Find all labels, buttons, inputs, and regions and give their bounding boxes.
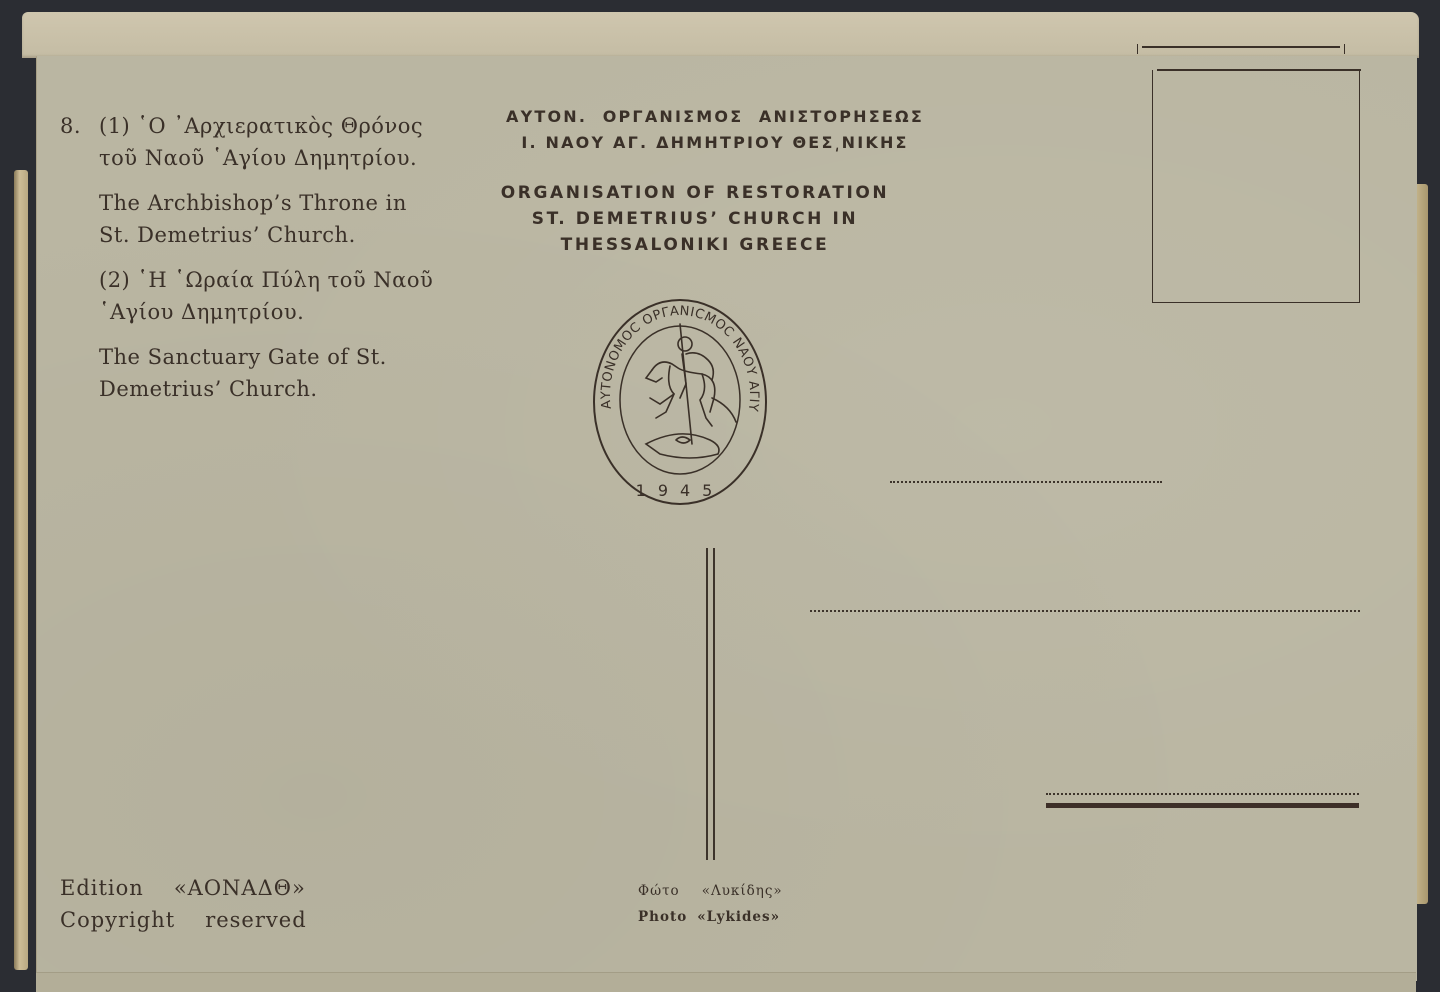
photo-credit: Φώτο«Λυκίδης» Photo«Lykides» — [638, 878, 783, 930]
st-demetrius-seal-icon: ΑΥΤΟΝΟΜΟC ΟΡΓΑΝΙCΜΟC ΝΑΟΥ ΑΓΙΥ ΔΗΜΗΤΡΙΟΥ… — [590, 294, 770, 506]
item1-greek: (1) ῾Ο ᾿Αρχιερατικὸς Θρόνος τοῦ Ναοῦ ῾Αγ… — [99, 110, 470, 174]
caption: 8. (1) ῾Ο ᾿Αρχιερατικὸς Θρόνος τοῦ Ναοῦ … — [60, 110, 470, 418]
bottom-fold — [36, 972, 1416, 992]
svg-text:1945: 1945 — [636, 481, 725, 500]
booklet-left-edge — [14, 170, 28, 970]
item2-greek: (2) ῾Η ῾Ωραία Πύλη τοῦ Ναοῦ ῾Αγίου Δημητ… — [99, 264, 470, 328]
item2-english: The Sanctuary Gate of St. Demetrius’ Chu… — [99, 341, 470, 405]
caption-number: 8. — [60, 110, 81, 142]
address-line-2 — [810, 610, 1360, 612]
organisation-english: ORGANISATION OF RESTORATION ST. DEMETRIU… — [470, 180, 920, 258]
address-underline — [1046, 803, 1359, 808]
center-divider — [706, 548, 715, 860]
flap-stamp-line — [1137, 44, 1345, 54]
svg-text:ΑΥΤΟΝΟΜΟC ΟΡΓΑΝΙCΜΟC ΝΑΟΥ ΑΓΙΥ: ΑΥΤΟΝΟΜΟC ΟΡΓΑΝΙCΜΟC ΝΑΟΥ ΑΓΙΥ ΔΗΜΗΤΡΙΟΥ… — [590, 294, 761, 418]
address-line-1 — [890, 481, 1162, 483]
address-line-3 — [1046, 793, 1359, 795]
stamp-box — [1152, 70, 1360, 303]
seal-stamp: ΑΥΤΟΝΟΜΟC ΟΡΓΑΝΙCΜΟC ΝΑΟΥ ΑΓΙΥ ΔΗΜΗΤΡΙΟΥ… — [590, 294, 770, 506]
stamp-box-top-line — [1157, 69, 1361, 71]
edition-credit: Edition«ΑΟΝΑΔΘ» Copyrightreserved — [60, 872, 307, 936]
organisation-greek: ΑΥΤΟΝ. ΟΡΓΑΝΙΣΜΟΣ ΑΝΙΣΤΟΡΗΣΕΩΣ Ι. ΝΑΟΥ Α… — [470, 104, 960, 156]
item1-english: The Archbishop’s Throne in St. Demetrius… — [99, 187, 470, 251]
